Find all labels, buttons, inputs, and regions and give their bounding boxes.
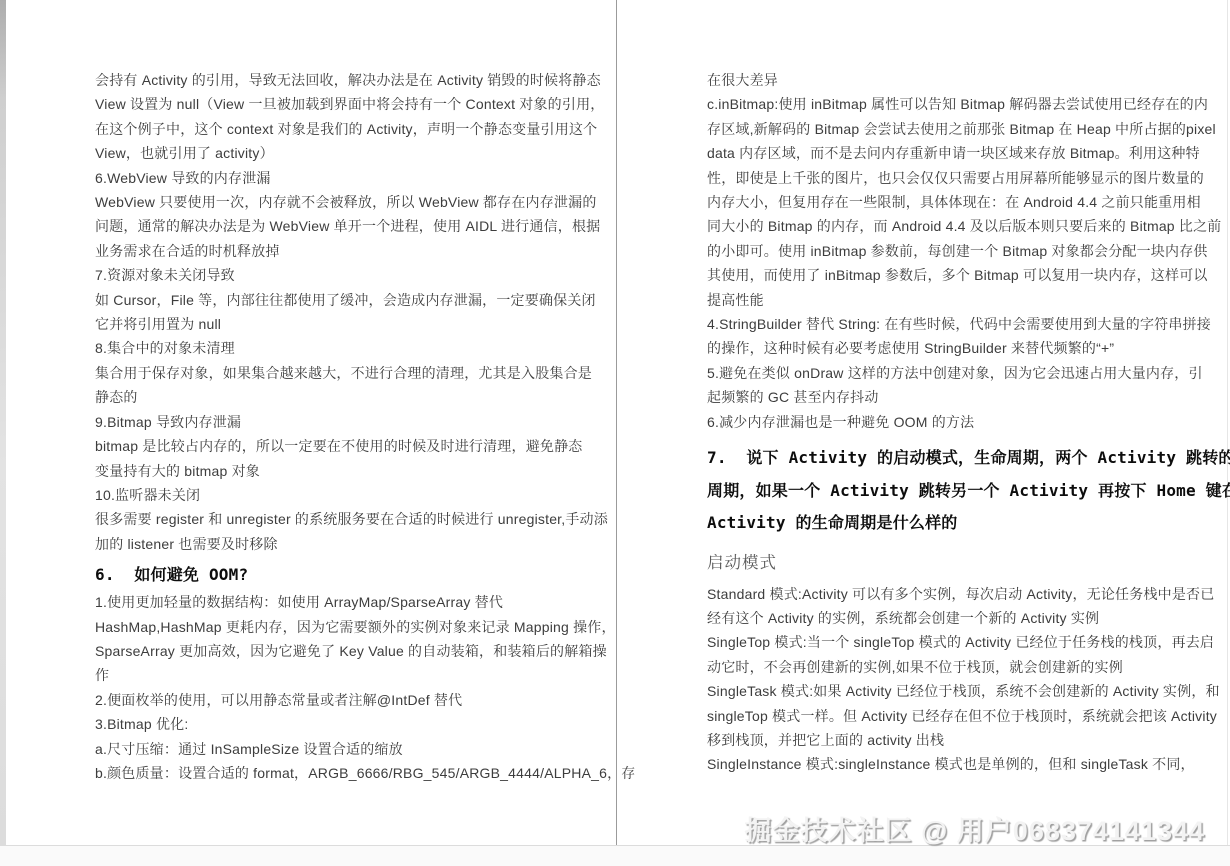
text-line: SingleTop 模式:当一个 singleTop 模式的 Activity … [707, 630, 1227, 654]
viewer-right-edge [1227, 0, 1228, 845]
text-line: singleTop 模式一样。但 Activity 已经存在但不位于栈顶时，系统… [707, 704, 1227, 728]
document-viewer: 会持有 Activity 的引用，导致无法回收，解决办法是在 Activity … [0, 0, 1230, 866]
text-line: HashMap,HashMap 更耗内存，因为它需要额外的实例对象来记录 Map… [95, 615, 616, 639]
subsection-heading: 启动模式 [707, 550, 1227, 576]
text-line: SparseArray 更加高效，因为它避免了 Key Value 的自动装箱，… [95, 639, 616, 663]
text-line: WebView 只要使用一次，内存就不会被释放，所以 WebView 都存在内存… [95, 190, 616, 214]
text-line: c.inBitmap:使用 inBitmap 属性可以告知 Bitmap 解码器… [707, 92, 1227, 116]
text-line: bitmap 是比较占内存的，所以一定要在不使用的时候及时进行清理，避免静态 [95, 434, 616, 458]
watermark: 掘金技术社区 @ 用户068374141344 [744, 809, 1205, 848]
page-right-content: 在很大差异c.inBitmap:使用 inBitmap 属性可以告知 Bitma… [707, 68, 1227, 777]
text-line: 加的 listener 也需要及时移除 [95, 532, 616, 556]
text-line: 会持有 Activity 的引用，导致无法回收，解决办法是在 Activity … [95, 68, 616, 92]
text-line: 业务需求在合适的时机释放掉 [95, 239, 616, 263]
text-line: 3.Bitmap 优化: [95, 712, 616, 736]
page-left-content: 会持有 Activity 的引用，导致无法回收，解决办法是在 Activity … [95, 68, 616, 785]
text-line: 4.StringBuilder 替代 String: 在有些时候，代码中会需要使… [707, 312, 1227, 336]
text-line: 1.使用更加轻量的数据结构：如使用 ArrayMap/SparseArray 替… [95, 590, 616, 614]
text-line: 8.集合中的对象未清理 [95, 336, 616, 360]
text-line: 它并将引用置为 null [95, 312, 616, 336]
text-line: 存区域,新解码的 Bitmap 会尝试去使用之前那张 Bitmap 在 Heap… [707, 117, 1227, 141]
section-heading: 7. 说下 Activity 的启动模式，生命周期，两个 Activity 跳转… [707, 442, 1227, 475]
text-line: 其使用，而使用了 inBitmap 参数后，多个 Bitmap 可以复用一块内存… [707, 263, 1227, 287]
text-line: b.颜色质量：设置合适的 format，ARGB_6666/RBG_545/AR… [95, 761, 616, 785]
text-line: 9.Bitmap 导致内存泄漏 [95, 410, 616, 434]
text-line: View，也就引用了 activity） [95, 141, 616, 165]
text-line: 同大小的 Bitmap 的内存，而 Android 4.4 及以后版本则只要后来… [707, 214, 1227, 238]
text-line: 10.监听器未关闭 [95, 483, 616, 507]
text-line: SingleTask 模式:如果 Activity 已经位于栈顶，系统不会创建新… [707, 679, 1227, 703]
text-line: 静态的 [95, 385, 616, 409]
text-line: SingleInstance 模式:singleInstance 模式也是单例的… [707, 752, 1227, 776]
text-line: 很多需要 register 和 unregister 的系统服务要在合适的时候进… [95, 507, 616, 531]
text-line: 问题，通常的解决办法是为 WebView 单开一个进程，使用 AIDL 进行通信… [95, 214, 616, 238]
text-line: 变量持有大的 bitmap 对象 [95, 459, 616, 483]
text-line: View 设置为 null（View 一旦被加载到界面中将会持有一个 Conte… [95, 92, 616, 116]
text-line: 内存大小，但复用存在一些限制，具体体现在：在 Android 4.4 之前只能重… [707, 190, 1227, 214]
text-line: 7.资源对象未关闭导致 [95, 263, 616, 287]
text-line: 6.减少内存泄漏也是一种避免 OOM 的方法 [707, 410, 1227, 434]
text-line: 如 Cursor，File 等，内部往往都使用了缓冲，会造成内存泄漏，一定要确保… [95, 288, 616, 312]
text-line: 移到栈顶，并把它上面的 activity 出栈 [707, 728, 1227, 752]
text-line: 在很大差异 [707, 68, 1227, 92]
text-line: 起频繁的 GC 甚至内存抖动 [707, 385, 1227, 409]
section-heading: 周期，如果一个 Activity 跳转另一个 Activity 再按下 Home… [707, 475, 1227, 508]
text-line: 集合用于保存对象，如果集合越来越大，不进行合理的清理，尤其是入股集合是 [95, 361, 616, 385]
viewer-bottom-strip [0, 845, 1230, 866]
text-line: 在这个例子中，这个 context 对象是我们的 Activity，声明一个静态… [95, 117, 616, 141]
section-heading: Activity 的生命周期是什么样的 [707, 507, 1227, 540]
section-heading: 6. 如何避免 OOM? [95, 560, 616, 590]
text-line: 经有这个 Activity 的实例，系统都会创建一个新的 Activity 实例 [707, 606, 1227, 630]
text-line: 5.避免在类似 onDraw 这样的方法中创建对象，因为它会迅速占用大量内存，引 [707, 361, 1227, 385]
text-line: 的操作，这种时候有必要考虑使用 StringBuilder 来替代频繁的“+” [707, 336, 1227, 360]
text-line: data 内存区域，而不是去问内存重新申请一块区域来存放 Bitmap。利用这种… [707, 141, 1227, 165]
text-line: 提高性能 [707, 288, 1227, 312]
text-line: 6.WebView 导致的内存泄漏 [95, 166, 616, 190]
text-line: 2.便面枚举的使用，可以用静态常量或者注解@IntDef 替代 [95, 688, 616, 712]
page-right: 在很大差异c.inBitmap:使用 inBitmap 属性可以告知 Bitma… [617, 0, 1227, 845]
text-line: 性，即使是上千张的图片，也只会仅仅只需要占用屏幕所能够显示的图片数量的 [707, 166, 1227, 190]
text-line: a.尺寸压缩：通过 InSampleSize 设置合适的缩放 [95, 737, 616, 761]
page-left: 会持有 Activity 的引用，导致无法回收，解决办法是在 Activity … [6, 0, 616, 845]
text-line: 的小即可。使用 inBitmap 参数前，每创建一个 Bitmap 对象都会分配… [707, 239, 1227, 263]
text-line: Standard 模式:Activity 可以有多个实例，每次启动 Activi… [707, 582, 1227, 606]
text-line: 作 [95, 663, 616, 687]
text-line: 动它时，不会再创建新的实例,如果不位于栈顶，就会创建新的实例 [707, 655, 1227, 679]
